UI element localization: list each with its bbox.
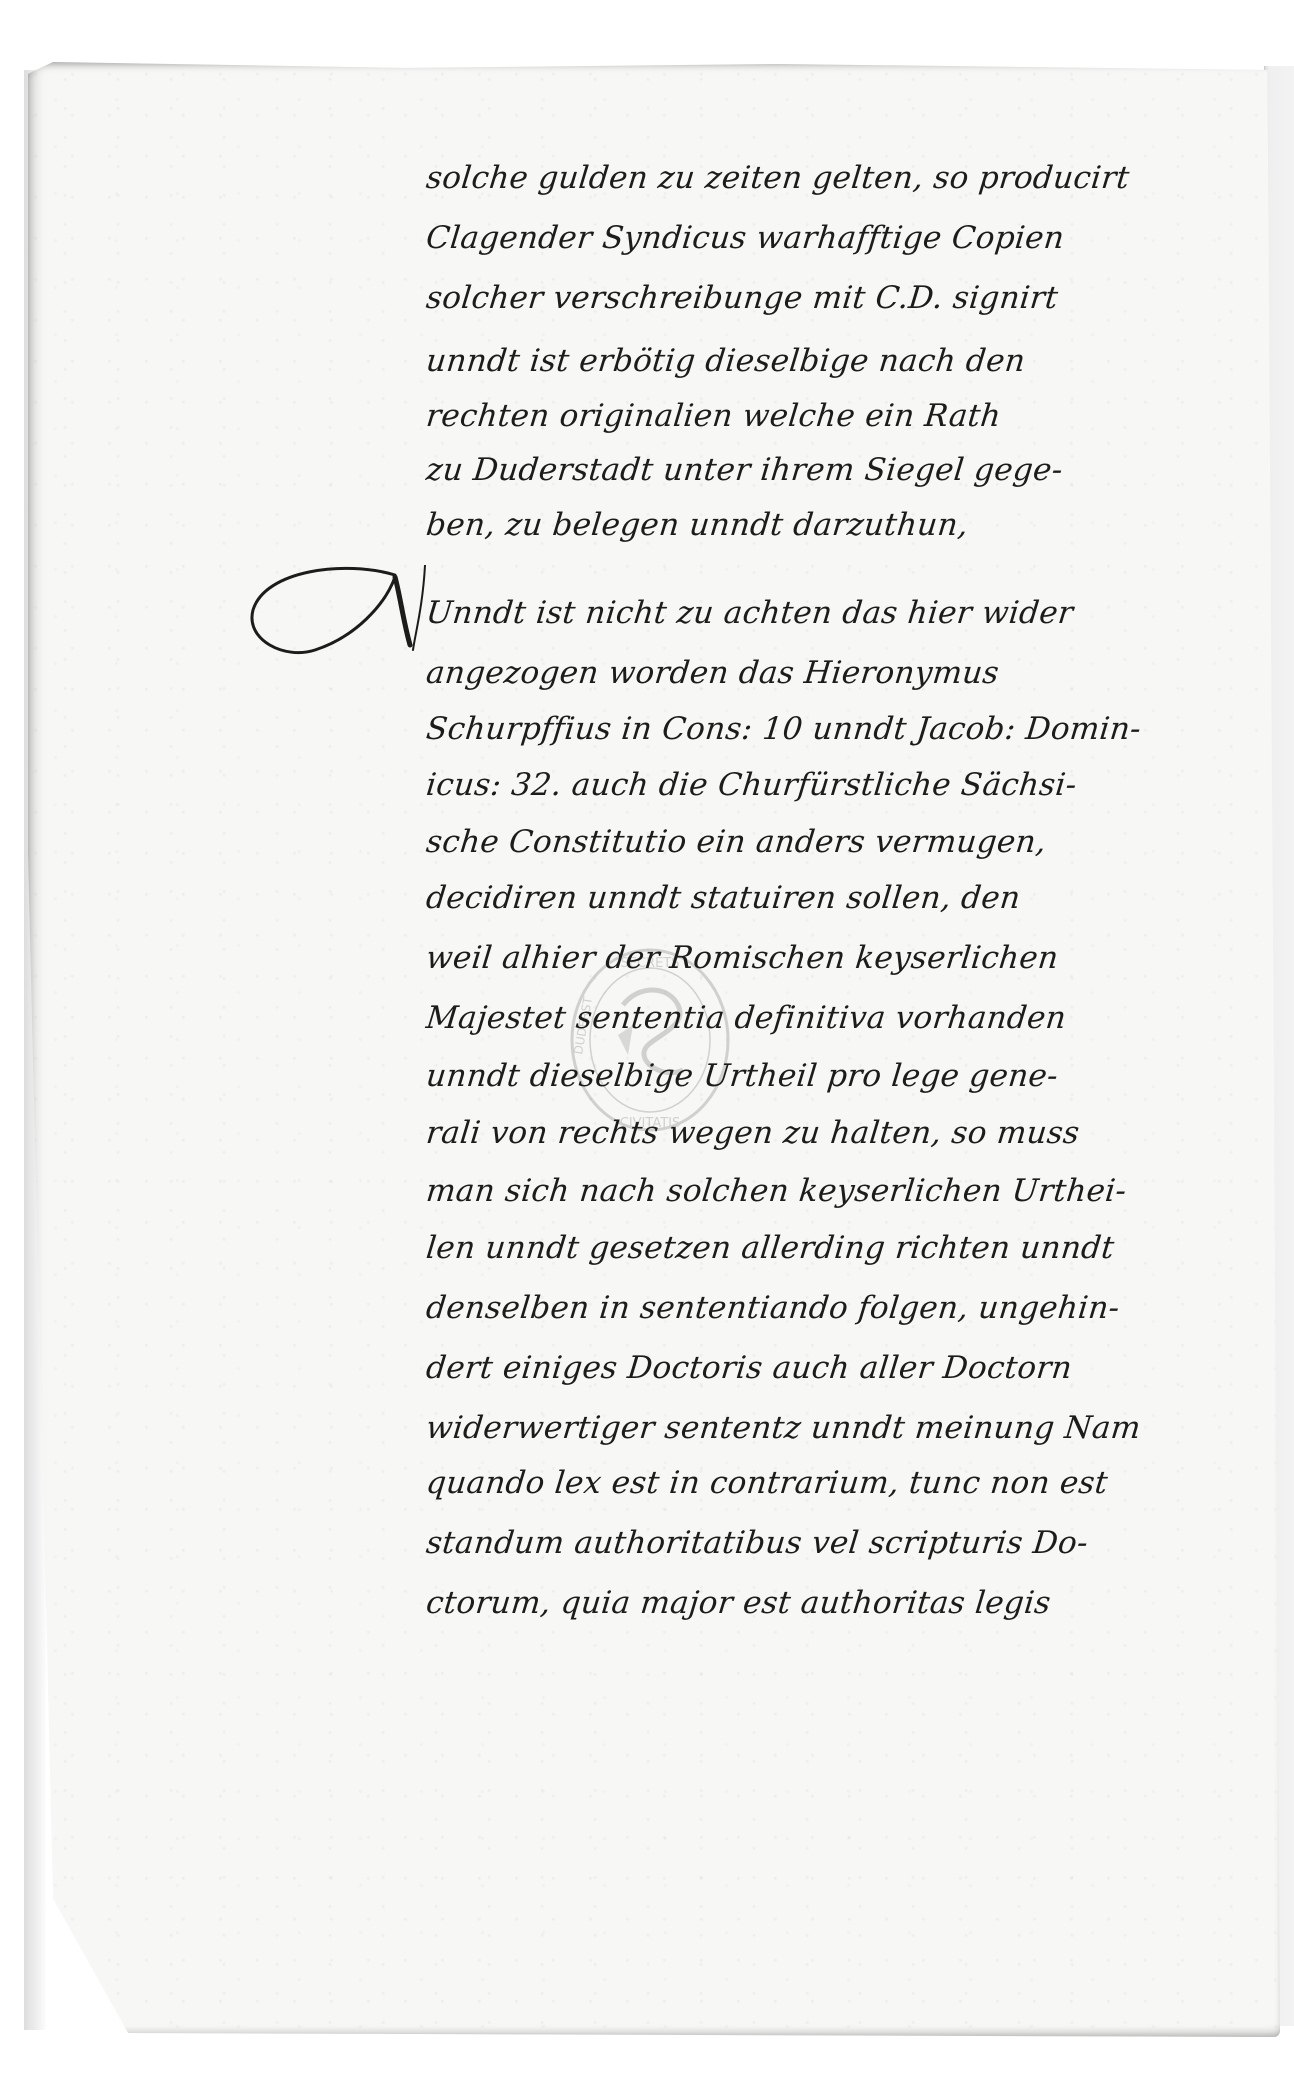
text-line-7: ben, zu belegen unndt darzuthun, xyxy=(422,507,970,567)
text-line-14: weil alhier der Romischen keyserlichen xyxy=(422,940,1060,1000)
text-line-5: rechten originalien welche ein Rath xyxy=(422,398,1003,458)
text-line-2: Clagender Syndicus warhafftige Copien xyxy=(422,220,1066,280)
text-line-18: man sich nach solchen keyserlichen Urthe… xyxy=(422,1173,1128,1233)
text-line-13: decidiren unndt statuiren sollen, den xyxy=(422,880,1022,940)
text-line-19: len unndt gesetzen allerding richten unn… xyxy=(422,1230,1116,1290)
text-line-12: sche Constitutio ein anders vermugen, xyxy=(422,824,1048,884)
decorative-initial-u-icon xyxy=(245,565,435,675)
text-line-22: widerwertiger sententz unndt meinung Nam xyxy=(422,1410,1143,1470)
text-line-17: rali von rechts wegen zu halten, so muss xyxy=(422,1115,1081,1175)
text-line-16: unndt dieselbige Urtheil pro lege gene- xyxy=(422,1058,1060,1118)
text-line-6: zu Duderstadt unter ihrem Siegel gege- xyxy=(422,452,1065,512)
text-line-20: denselben in sententiando folgen, ungehi… xyxy=(422,1290,1122,1350)
text-line-10: Schurpffius in Cons: 10 unndt Jacob: Dom… xyxy=(422,711,1143,771)
text-line-1: solche gulden zu zeiten gelten, so produ… xyxy=(422,160,1131,220)
text-line-3: solcher verschreibunge mit C.D. signirt xyxy=(422,280,1060,340)
text-line-9: angezogen worden das Hieronymus xyxy=(422,655,1001,715)
text-line-21: dert einiges Doctoris auch aller Doctorn xyxy=(422,1350,1074,1410)
text-line-11: icus: 32. auch die Churfürstliche Sächsi… xyxy=(422,767,1079,827)
text-line-24: standum authoritatibus vel scripturis Do… xyxy=(422,1525,1090,1585)
text-line-25: ctorum, quia major est authoritas legis xyxy=(422,1585,1053,1645)
text-line-23: quando lex est in contrarium, tunc non e… xyxy=(422,1465,1110,1525)
text-line-4: unndt ist erbötig dieselbige nach den xyxy=(422,343,1027,403)
text-line-15: Majestet sententia definitiva vorhanden xyxy=(422,1000,1068,1060)
text-line-8: Unndt ist nicht zu achten das hier wider xyxy=(422,595,1075,655)
